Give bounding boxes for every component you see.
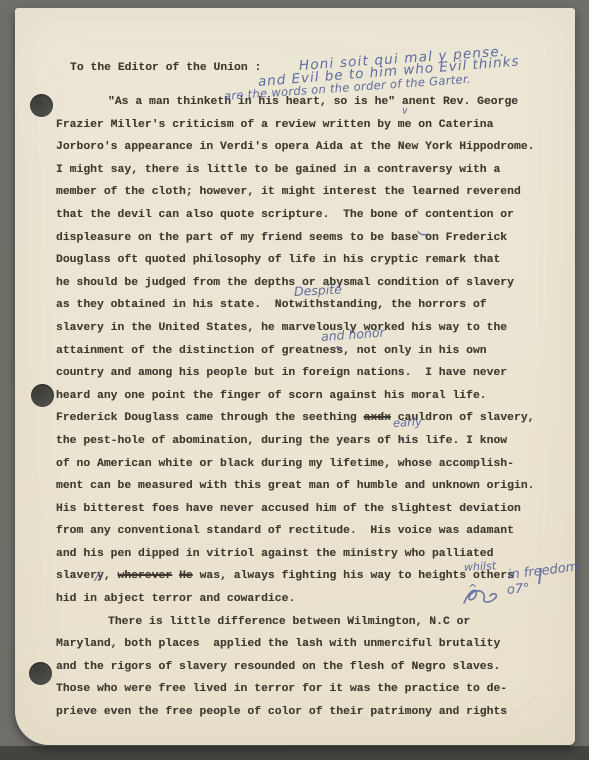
typed-line: heard any one point the finger of scorn … bbox=[56, 385, 535, 408]
typed-line: There is little difference between Wilmi… bbox=[56, 611, 535, 634]
typed-body: "As a man thinketh in his heart, so is h… bbox=[56, 91, 535, 724]
typed-text: was, always fighting his way to heights … bbox=[193, 570, 514, 582]
typed-text: Frederick Douglass came through the seet… bbox=[56, 412, 364, 424]
typed-line: slavery, wherever He was, always fightin… bbox=[56, 565, 535, 588]
typed-line: Jorboro's appearance in Verdi's opera Ai… bbox=[56, 136, 535, 159]
typed-line: slavery in the United States, he marvelo… bbox=[56, 317, 535, 340]
struck-text: axdx bbox=[364, 412, 391, 424]
typed-line: His bitterest foes have never accused hi… bbox=[56, 498, 535, 521]
typed-line: Frazier Miller's criticism of a review w… bbox=[56, 114, 535, 137]
typed-text: heard any one point the finger of scorn … bbox=[56, 390, 487, 402]
typed-text: slavery, bbox=[56, 570, 118, 582]
scanned-letter-page: To the Editor of the Union : "As a man t… bbox=[0, 0, 589, 760]
typed-text: Maryland, both places applied the lash w… bbox=[56, 638, 500, 650]
typed-line: displeasure on the part of my friend see… bbox=[56, 227, 535, 250]
typed-line: Frederick Douglass came through the seet… bbox=[56, 407, 535, 430]
typed-text: "As a man thinketh in his heart, so is h… bbox=[108, 96, 518, 108]
typed-line: and his pen dipped in vitriol against th… bbox=[56, 543, 535, 566]
typed-text: Frazier Miller's criticism of a review w… bbox=[56, 119, 493, 131]
typed-line: member of the cloth; however, it might i… bbox=[56, 181, 535, 204]
struck-text: He bbox=[179, 570, 193, 582]
typed-text: There is little difference between Wilmi… bbox=[108, 616, 470, 628]
typed-line: Douglass oft quoted philosophy of life i… bbox=[56, 249, 535, 272]
typed-text: as they obtained in his state. Notwithst… bbox=[56, 299, 487, 311]
typed-line: he should be judged from the depths or a… bbox=[56, 272, 535, 295]
typed-text: that the devil can also quote scripture.… bbox=[56, 209, 514, 221]
typed-line: and the rigors of slavery resounded on t… bbox=[56, 656, 535, 679]
typed-text: and the rigors of slavery resounded on t… bbox=[56, 661, 500, 673]
typed-line: "As a man thinketh in his heart, so is h… bbox=[56, 91, 535, 114]
mat-shadow-band bbox=[0, 746, 589, 760]
typed-text: slavery in the United States, he marvelo… bbox=[56, 322, 507, 334]
typed-text: cauldron of slavery, bbox=[391, 412, 535, 424]
typed-line: that the devil can also quote scripture.… bbox=[56, 204, 535, 227]
typed-text: and his pen dipped in vitriol against th… bbox=[56, 548, 493, 560]
punch-hole-top bbox=[30, 94, 53, 117]
typed-text: on Frederick bbox=[425, 232, 507, 244]
typed-text: Those who were free lived in terror for … bbox=[56, 683, 507, 695]
typed-line: ment can be measured with this great man… bbox=[56, 475, 535, 498]
typed-text: of no American white or black during my … bbox=[56, 458, 514, 470]
typed-text: ment can be measured with this great man… bbox=[56, 480, 535, 492]
typed-line: Maryland, both places applied the lash w… bbox=[56, 633, 535, 656]
typed-text: I might say, there is little to be gaine… bbox=[56, 164, 500, 176]
typed-text: prieve even the free people of color of … bbox=[56, 706, 507, 718]
typed-text: member of the cloth; however, it might i… bbox=[56, 186, 521, 198]
salutation: To the Editor of the Union : bbox=[70, 57, 261, 80]
typed-text: displeasure on the part of my friend see… bbox=[56, 232, 418, 244]
typed-text: from any conventional standard of rectit… bbox=[56, 525, 514, 537]
typed-text: he should be judged from the depths or a… bbox=[56, 277, 514, 289]
letter-paper: To the Editor of the Union : "As a man t… bbox=[15, 8, 575, 745]
typed-line: as they obtained in his state. Notwithst… bbox=[56, 294, 535, 317]
typed-text: attainment of the distinction of greatne… bbox=[56, 345, 487, 357]
punch-hole-middle bbox=[31, 384, 54, 407]
typed-line: country and among his people but in fore… bbox=[56, 362, 535, 385]
typed-line: I might say, there is little to be gaine… bbox=[56, 159, 535, 182]
typed-line: the pest-hole of abomination, during the… bbox=[56, 430, 535, 453]
typed-line: prieve even the free people of color of … bbox=[56, 701, 535, 724]
typed-text: hid in abject terror and cowardice. bbox=[56, 593, 295, 605]
struck-text: wherever bbox=[118, 570, 173, 582]
typed-line: of no American white or black during my … bbox=[56, 453, 535, 476]
typed-text: the pest-hole of abomination, during the… bbox=[56, 435, 507, 447]
typed-line: Those who were free lived in terror for … bbox=[56, 678, 535, 701]
typed-text: country and among his people but in fore… bbox=[56, 367, 507, 379]
typed-line: attainment of the distinction of greatne… bbox=[56, 340, 535, 363]
typed-text: Douglass oft quoted philosophy of life i… bbox=[56, 254, 500, 266]
typed-text: Jorboro's appearance in Verdi's opera Ai… bbox=[56, 141, 535, 153]
typed-line: from any conventional standard of rectit… bbox=[56, 520, 535, 543]
typed-text: His bitterest foes have never accused hi… bbox=[56, 503, 521, 515]
typed-line: hid in abject terror and cowardice. bbox=[56, 588, 535, 611]
punch-hole-bottom bbox=[29, 662, 52, 685]
